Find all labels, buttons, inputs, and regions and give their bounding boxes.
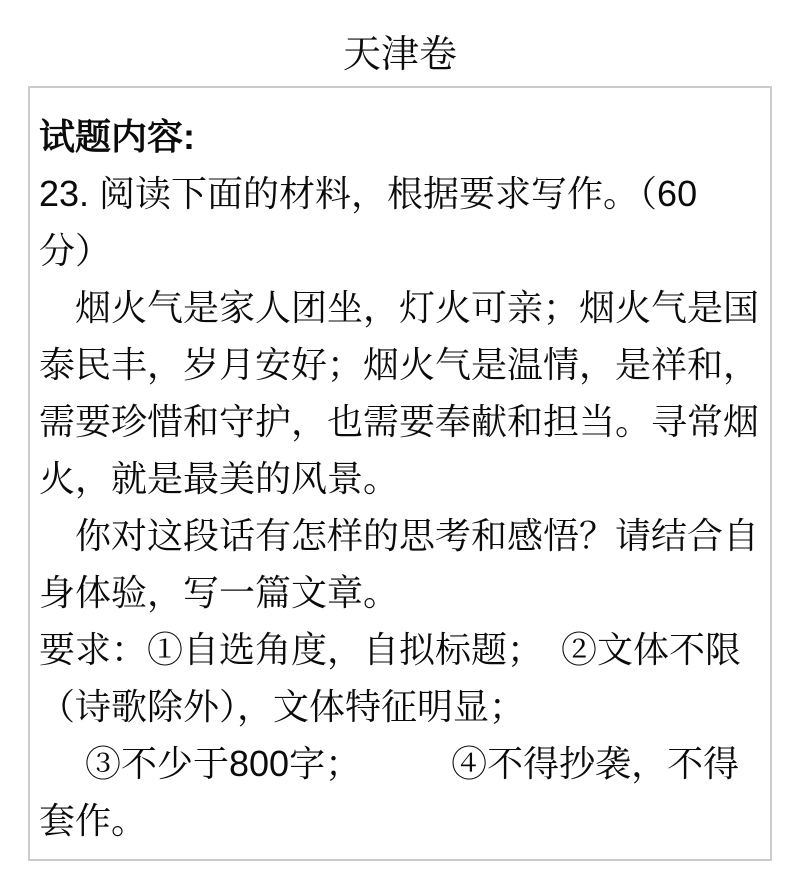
text-line: 套作。 — [39, 792, 766, 849]
text-line: 分） — [39, 222, 766, 279]
page: 天津卷 试题内容:23. 阅读下面的材料，根据要求写作。（60分） 烟火气是家人… — [0, 0, 800, 869]
text-line: 烟火气是家人团坐，灯火可亲；烟火气是国 — [39, 279, 766, 336]
text-line: 火，就是最美的风景。 — [39, 450, 766, 507]
question-box: 试题内容:23. 阅读下面的材料，根据要求写作。（60分） 烟火气是家人团坐，灯… — [28, 86, 772, 861]
question-lines: 试题内容:23. 阅读下面的材料，根据要求写作。（60分） 烟火气是家人团坐，灯… — [39, 108, 766, 849]
text-line: 泰民丰，岁月安好；烟火气是温情，是祥和， — [39, 336, 766, 393]
text-line: ③不少于800字； ④不得抄袭，不得 — [39, 735, 766, 792]
text-line: 23. 阅读下面的材料，根据要求写作。（60 — [39, 165, 766, 222]
text-line: 需要珍惜和守护，也需要奉献和担当。寻常烟 — [39, 393, 766, 450]
text-line: 你对这段话有怎样的思考和感悟？请结合自 — [39, 507, 766, 564]
page-title: 天津卷 — [0, 34, 800, 76]
text-line: 要求：①自选角度，自拟标题； ②文体不限 — [39, 621, 766, 678]
question-heading: 试题内容: — [39, 108, 766, 165]
text-line: （诗歌除外），文体特征明显； — [39, 678, 766, 735]
text-line: 身体验，写一篇文章。 — [39, 564, 766, 621]
